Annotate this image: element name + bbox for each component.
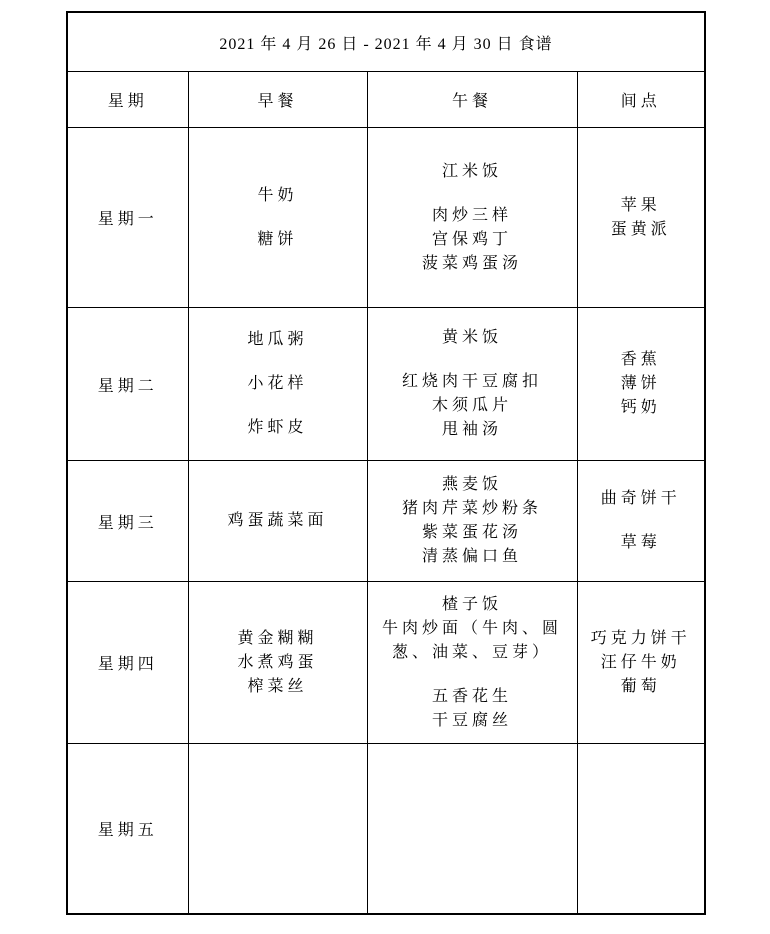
menu-row: 星期一牛奶糖饼江米饭肉炒三样宫保鸡丁菠菜鸡蛋汤苹果蛋黄派 (67, 128, 705, 308)
menu-item-group: 江米饭 (372, 160, 573, 184)
menu-item-group: 草莓 (582, 531, 701, 555)
breakfast-cell: 地瓜粥小花样炸虾皮 (188, 308, 367, 461)
menu-item-group: 红烧肉干豆腐扣木须瓜片甩袖汤 (372, 370, 573, 442)
menu-item: 牛肉炒面（牛肉、圆 (372, 617, 573, 641)
snack-cell (577, 744, 705, 914)
lunch-cell: 江米饭肉炒三样宫保鸡丁菠菜鸡蛋汤 (367, 128, 577, 308)
column-header-breakfast: 早餐 (188, 72, 367, 128)
document-title: 2021 年 4 月 26 日 - 2021 年 4 月 30 日 食谱 (67, 12, 705, 72)
menu-row: 星期三鸡蛋蔬菜面燕麦饭猪肉芹菜炒粉条紫菜蛋花汤清蒸偏口鱼曲奇饼干草莓 (67, 461, 705, 582)
day-cell: 星期三 (67, 461, 188, 582)
menu-item: 菠菜鸡蛋汤 (372, 252, 573, 276)
menu-item: 苹果 (582, 194, 701, 218)
menu-item: 楂子饭 (372, 593, 573, 617)
menu-row: 星期四黄金糊糊水煮鸡蛋榨菜丝楂子饭牛肉炒面（牛肉、圆葱、油菜、豆芽）五香花生干豆… (67, 582, 705, 744)
menu-item-group: 五香花生干豆腐丝 (372, 685, 573, 733)
menu-item: 宫保鸡丁 (372, 228, 573, 252)
breakfast-cell: 鸡蛋蔬菜面 (188, 461, 367, 582)
menu-item-group: 牛奶 (193, 184, 363, 208)
menu-item: 蛋黄派 (582, 218, 701, 242)
menu-item: 木须瓜片 (372, 394, 573, 418)
column-header-snack: 间点 (577, 72, 705, 128)
menu-item: 黄米饭 (372, 326, 573, 350)
column-header-row: 星期 早餐 午餐 间点 (67, 72, 705, 128)
menu-item-group: 黄米饭 (372, 326, 573, 350)
menu-table-body: 2021 年 4 月 26 日 - 2021 年 4 月 30 日 食谱 星期 … (67, 12, 705, 914)
menu-item: 榨菜丝 (193, 675, 363, 699)
menu-row: 星期二地瓜粥小花样炸虾皮黄米饭红烧肉干豆腐扣木须瓜片甩袖汤香蕉薄饼钙奶 (67, 308, 705, 461)
snack-cell: 巧克力饼干汪仔牛奶葡萄 (577, 582, 705, 744)
menu-item-group: 燕麦饭猪肉芹菜炒粉条紫菜蛋花汤清蒸偏口鱼 (372, 473, 573, 569)
day-cell: 星期二 (67, 308, 188, 461)
menu-document: 2021 年 4 月 26 日 - 2021 年 4 月 30 日 食谱 星期 … (0, 0, 770, 934)
menu-item: 炸虾皮 (193, 416, 363, 440)
menu-item: 葡萄 (582, 675, 701, 699)
menu-item: 五香花生 (372, 685, 573, 709)
menu-item-group: 糖饼 (193, 228, 363, 252)
lunch-cell (367, 744, 577, 914)
menu-item: 猪肉芹菜炒粉条 (372, 497, 573, 521)
snack-cell: 曲奇饼干草莓 (577, 461, 705, 582)
menu-item-group: 曲奇饼干 (582, 487, 701, 511)
menu-item: 草莓 (582, 531, 701, 555)
menu-item: 葱、油菜、豆芽） (372, 641, 573, 665)
lunch-cell: 燕麦饭猪肉芹菜炒粉条紫菜蛋花汤清蒸偏口鱼 (367, 461, 577, 582)
menu-item-group: 巧克力饼干汪仔牛奶葡萄 (582, 627, 701, 699)
breakfast-cell: 黄金糊糊水煮鸡蛋榨菜丝 (188, 582, 367, 744)
breakfast-cell (188, 744, 367, 914)
menu-item: 黄金糊糊 (193, 627, 363, 651)
menu-item-group: 苹果蛋黄派 (582, 194, 701, 242)
menu-item: 江米饭 (372, 160, 573, 184)
menu-item-group: 小花样 (193, 372, 363, 396)
menu-item: 曲奇饼干 (582, 487, 701, 511)
menu-item-group: 楂子饭牛肉炒面（牛肉、圆葱、油菜、豆芽） (372, 593, 573, 665)
breakfast-cell: 牛奶糖饼 (188, 128, 367, 308)
menu-item: 紫菜蛋花汤 (372, 521, 573, 545)
menu-item-group: 地瓜粥 (193, 328, 363, 352)
title-row: 2021 年 4 月 26 日 - 2021 年 4 月 30 日 食谱 (67, 12, 705, 72)
menu-item: 水煮鸡蛋 (193, 651, 363, 675)
menu-item: 薄饼 (582, 372, 701, 396)
lunch-cell: 楂子饭牛肉炒面（牛肉、圆葱、油菜、豆芽）五香花生干豆腐丝 (367, 582, 577, 744)
menu-item: 汪仔牛奶 (582, 651, 701, 675)
menu-item: 红烧肉干豆腐扣 (372, 370, 573, 394)
menu-item: 牛奶 (193, 184, 363, 208)
snack-cell: 苹果蛋黄派 (577, 128, 705, 308)
menu-item: 钙奶 (582, 396, 701, 420)
menu-item-group: 香蕉薄饼钙奶 (582, 348, 701, 420)
day-cell: 星期五 (67, 744, 188, 914)
column-header-day: 星期 (67, 72, 188, 128)
menu-item-group: 炸虾皮 (193, 416, 363, 440)
menu-item: 糖饼 (193, 228, 363, 252)
menu-row: 星期五 (67, 744, 705, 914)
lunch-cell: 黄米饭红烧肉干豆腐扣木须瓜片甩袖汤 (367, 308, 577, 461)
menu-item: 清蒸偏口鱼 (372, 545, 573, 569)
column-header-lunch: 午餐 (367, 72, 577, 128)
menu-item-group: 鸡蛋蔬菜面 (193, 509, 363, 533)
menu-item: 鸡蛋蔬菜面 (193, 509, 363, 533)
day-cell: 星期一 (67, 128, 188, 308)
menu-item: 肉炒三样 (372, 204, 573, 228)
menu-table: 2021 年 4 月 26 日 - 2021 年 4 月 30 日 食谱 星期 … (66, 11, 706, 915)
menu-item: 香蕉 (582, 348, 701, 372)
menu-item: 地瓜粥 (193, 328, 363, 352)
menu-item-group: 肉炒三样宫保鸡丁菠菜鸡蛋汤 (372, 204, 573, 276)
day-cell: 星期四 (67, 582, 188, 744)
menu-item: 甩袖汤 (372, 418, 573, 442)
menu-item: 小花样 (193, 372, 363, 396)
menu-item: 燕麦饭 (372, 473, 573, 497)
snack-cell: 香蕉薄饼钙奶 (577, 308, 705, 461)
menu-item: 干豆腐丝 (372, 709, 573, 733)
menu-item: 巧克力饼干 (582, 627, 701, 651)
menu-item-group: 黄金糊糊水煮鸡蛋榨菜丝 (193, 627, 363, 699)
